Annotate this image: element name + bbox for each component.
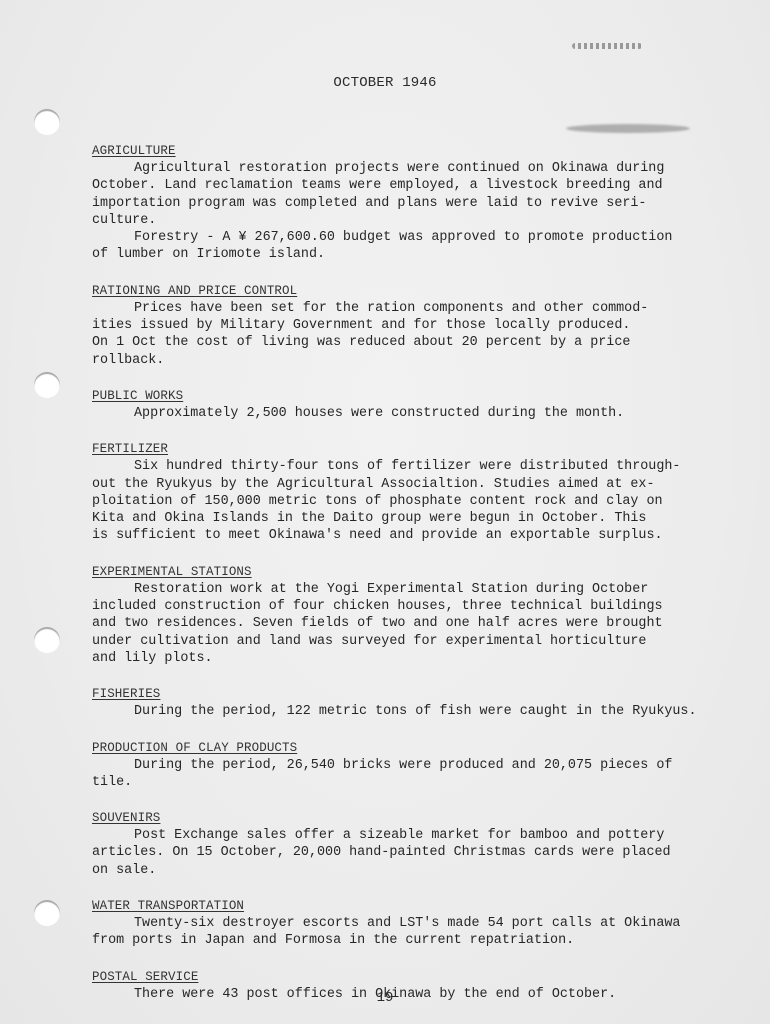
section-paragraph: During the period, 26,540 bricks were pr… [92, 757, 702, 792]
section-heading: EXPERIMENTAL STATIONS [92, 564, 252, 581]
section-paragraph: Approximately 2,500 houses were construc… [92, 405, 702, 422]
punch-hole [34, 900, 60, 926]
punch-hole [34, 372, 60, 398]
section-paragraph: Post Exchange sales offer a sizeable mar… [92, 827, 702, 879]
section-paragraph: Forestry - A ¥ 267,600.60 budget was app… [92, 229, 702, 264]
section-heading: FERTILIZER [92, 441, 168, 458]
section-heading: SOUVENIRS [92, 810, 160, 827]
section-experimental-stations: EXPERIMENTAL STATIONS Restoration work a… [92, 562, 702, 667]
section-paragraph: Agricultural restoration projects were c… [92, 160, 702, 229]
section-heading: FISHERIES [92, 686, 160, 703]
section-water-transportation: WATER TRANSPORTATION Twenty-six destroye… [92, 896, 702, 950]
ink-smudge [572, 43, 642, 49]
ink-smudge [566, 124, 690, 133]
section-heading: RATIONING AND PRICE CONTROL [92, 283, 297, 300]
section-heading: PUBLIC WORKS [92, 388, 183, 405]
section-rationing-and-price-control: RATIONING AND PRICE CONTROL Prices have … [92, 281, 702, 369]
section-paragraph: During the period, 122 metric tons of fi… [92, 703, 702, 720]
section-fisheries: FISHERIES During the period, 122 metric … [92, 684, 702, 720]
section-fertilizer: FERTILIZER Six hundred thirty-four tons … [92, 439, 702, 544]
date-header: OCTOBER 1946 [0, 75, 770, 91]
section-heading: POSTAL SERVICE [92, 969, 198, 986]
document-page: OCTOBER 1946 AGRICULTURE Agricultural re… [0, 0, 770, 1024]
section-heading: AGRICULTURE [92, 143, 176, 160]
section-souvenirs: SOUVENIRS Post Exchange sales offer a si… [92, 808, 702, 879]
section-public-works: PUBLIC WORKS Approximately 2,500 houses … [92, 386, 702, 422]
document-body: AGRICULTURE Agricultural restoration pro… [92, 141, 702, 1020]
section-paragraph: Prices have been set for the ration comp… [92, 300, 702, 369]
punch-hole [34, 109, 60, 135]
page-number: 19 [0, 990, 770, 1006]
section-paragraph: Restoration work at the Yogi Experimenta… [92, 581, 702, 667]
section-heading: PRODUCTION OF CLAY PRODUCTS [92, 740, 297, 757]
punch-hole [34, 627, 60, 653]
section-heading: WATER TRANSPORTATION [92, 898, 244, 915]
section-paragraph: Six hundred thirty-four tons of fertiliz… [92, 458, 702, 544]
section-agriculture: AGRICULTURE Agricultural restoration pro… [92, 141, 702, 264]
section-paragraph: Twenty-six destroyer escorts and LST's m… [92, 915, 702, 950]
section-production-of-clay-products: PRODUCTION OF CLAY PRODUCTS During the p… [92, 738, 702, 792]
